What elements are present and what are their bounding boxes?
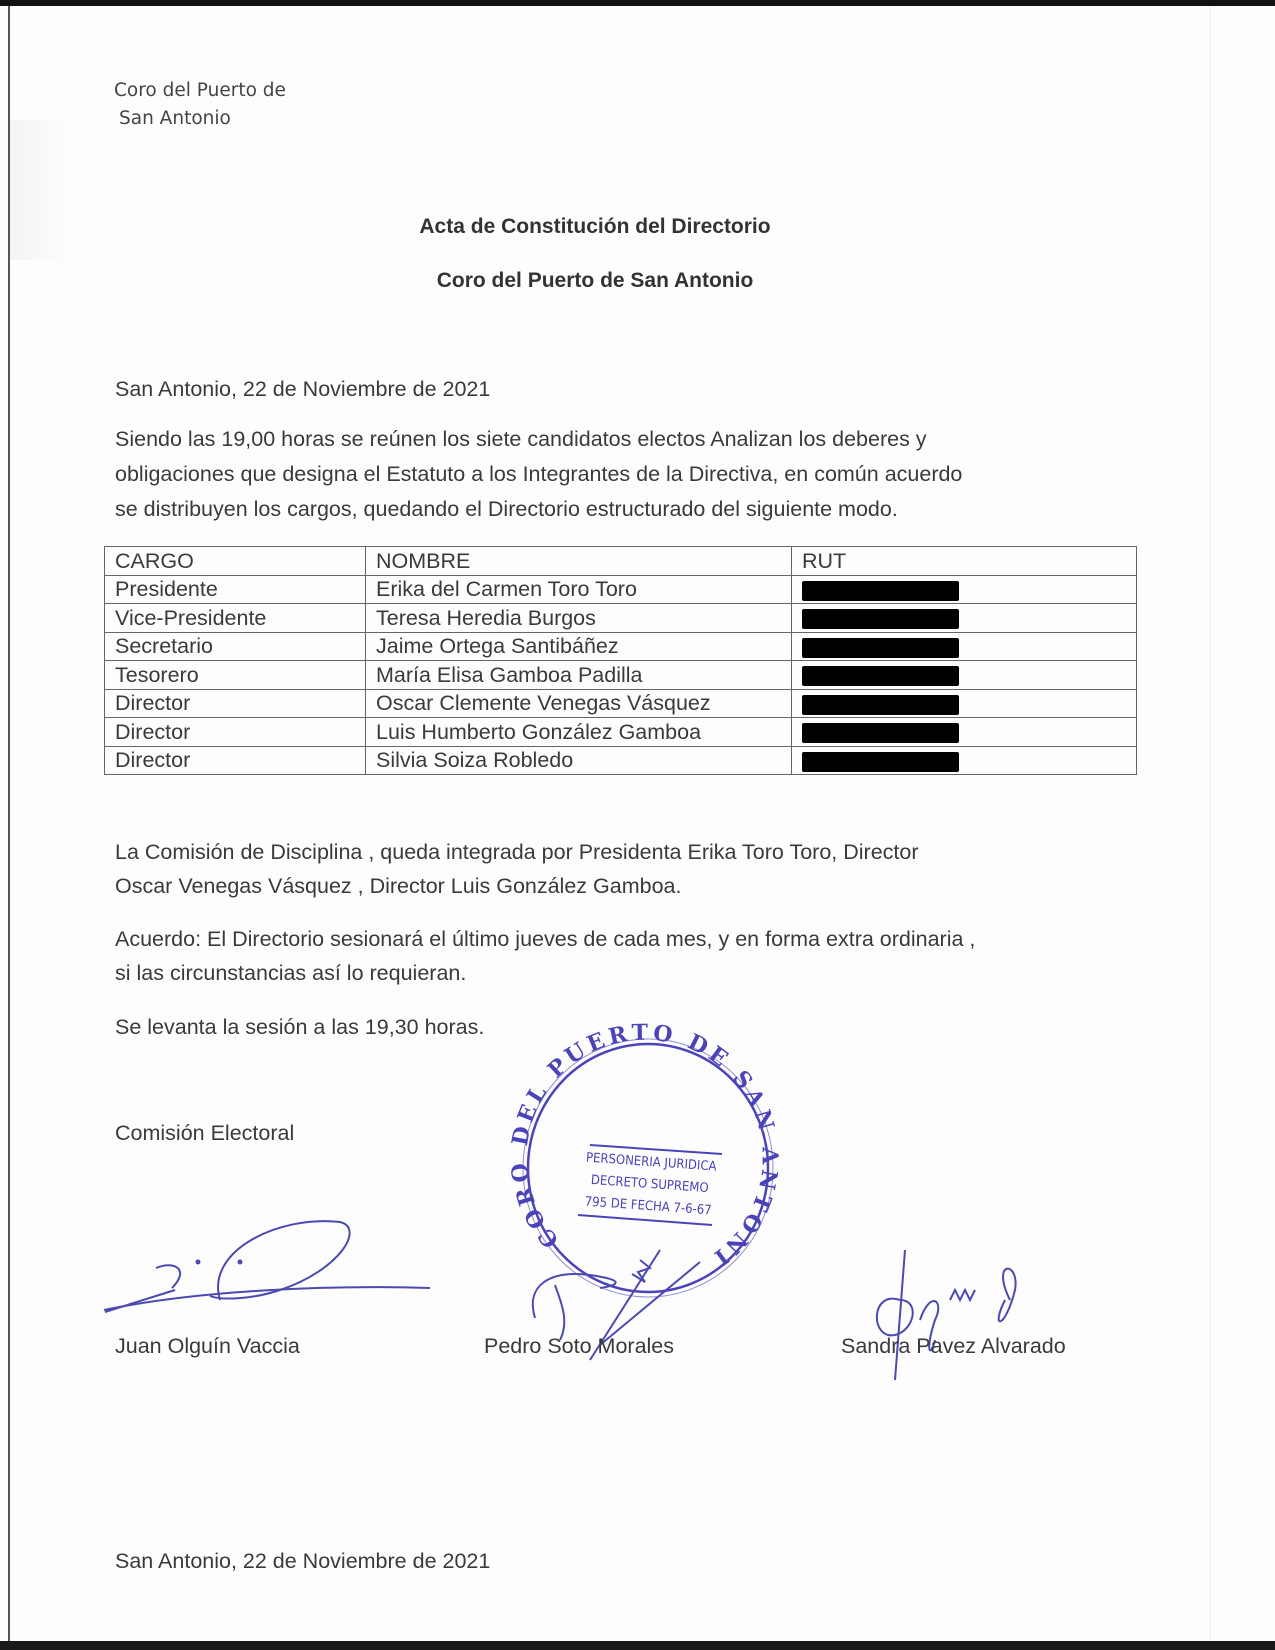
signature-juan-olguin	[104, 1221, 430, 1312]
stamp-center-line: 795 DE FECHA 7-6-67	[584, 1195, 712, 1219]
signatory-name: Juan Olguín Vaccia	[115, 1334, 300, 1359]
date-bottom: San Antonio, 22 de Noviembre de 2021	[115, 1549, 490, 1574]
signatory-name: Pedro Soto Morales	[484, 1334, 674, 1359]
stamp-center-line: DECRETO SUPREMO	[590, 1173, 709, 1196]
organization-stamp: CORO DEL PUERTO DE SAN ANTONIO PERSONERI…	[0, 0, 783, 1297]
stamp-and-signatures: CORO DEL PUERTO DE SAN ANTONIO PERSONERI…	[0, 0, 1275, 1650]
stamp-ring-text: CORO DEL PUERTO DE SAN ANTONIO	[0, 0, 783, 1273]
signature-sandra-pavez	[877, 1250, 1016, 1380]
stamp-center-line: PERSONERIA JURIDICA	[585, 1150, 717, 1174]
svg-text:CORO DEL PUERTO DE SAN ANTONIO: CORO DEL PUERTO DE SAN ANTONIO	[0, 0, 783, 1273]
scan-bottom-edge	[0, 1641, 1275, 1650]
signatory-name: Sandra Pavez Alvarado	[841, 1334, 1066, 1359]
